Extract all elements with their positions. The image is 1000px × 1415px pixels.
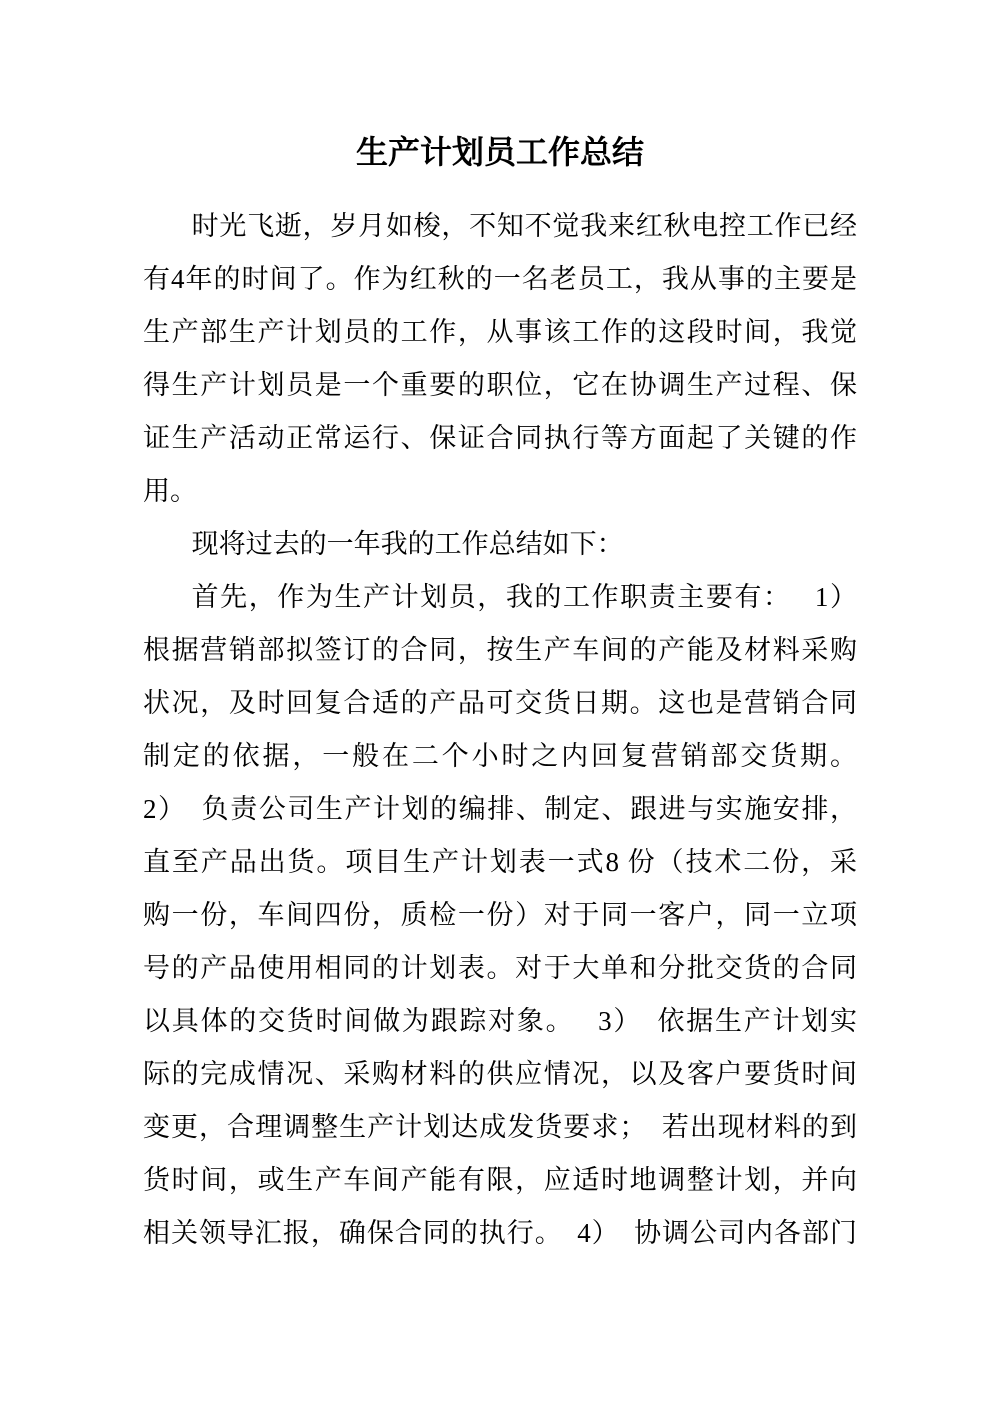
text-line: 货时间，或生产车间产能有限，应适时地调整计划，并向	[143, 1154, 857, 1207]
text-line: 证生产活动正常运行、保证合同执行等方面起了关键的作	[143, 412, 857, 465]
text-line: 状况，及时回复合适的产品可交货日期。这也是营销合同	[143, 677, 857, 730]
text-line: 现将过去的一年我的工作总结如下：	[143, 518, 857, 571]
text-line: 得生产计划员是一个重要的职位，它在协调生产过程、保	[143, 359, 857, 412]
text-line: 直至产品出货。项目生产计划表一式8 份（技术二份，采	[143, 836, 857, 889]
text-line: 2） 负责公司生产计划的编排、制定、跟进与实施安排，	[143, 783, 857, 836]
text-line: 号的产品使用相同的计划表。对于大单和分批交货的合同	[143, 942, 857, 995]
text-line: 购一份，车间四份，质检一份）对于同一客户，同一立项	[143, 889, 857, 942]
text-line: 有4年的时间了。作为红秋的一名老员工，我从事的主要是	[143, 253, 857, 306]
document-title: 生产计划员工作总结	[0, 0, 1000, 176]
text-line: 制定的依据，一般在二个小时之内回复营销部交货期。	[143, 730, 857, 783]
text-line: 首先，作为生产计划员，我的工作职责主要有： 1）	[143, 571, 857, 624]
text-line: 生产部生产计划员的工作，从事该工作的这段时间，我觉	[143, 306, 857, 359]
text-line: 相关领导汇报，确保合同的执行。 4） 协调公司内各部门	[143, 1207, 857, 1260]
text-line: 际的完成情况、采购材料的供应情况，以及客户要货时间	[143, 1048, 857, 1101]
text-line: 变更，合理调整生产计划达成发货要求； 若出现材料的到	[143, 1101, 857, 1154]
document-page: 生产计划员工作总结 时光飞逝，岁月如梭，不知不觉我来红秋电控工作已经有4年的时间…	[0, 0, 1000, 1415]
document-body: 时光飞逝，岁月如梭，不知不觉我来红秋电控工作已经有4年的时间了。作为红秋的一名老…	[143, 200, 857, 1260]
text-line: 以具体的交货时间做为跟踪对象。 3） 依据生产计划实	[143, 995, 857, 1048]
text-line: 用。	[143, 465, 857, 518]
text-line: 根据营销部拟签订的合同，按生产车间的产能及材料采购	[143, 624, 857, 677]
text-line: 时光飞逝，岁月如梭，不知不觉我来红秋电控工作已经	[143, 200, 857, 253]
